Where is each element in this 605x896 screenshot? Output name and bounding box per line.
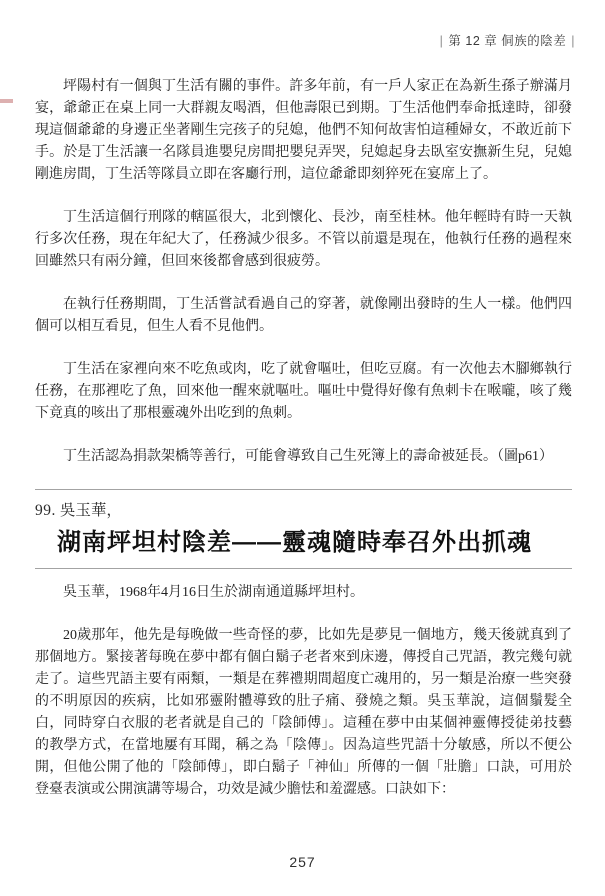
paragraph: 丁生活認為捐款架橋等善行，可能會導致自己生死簿上的壽命被延長。（圖p61） xyxy=(35,446,572,468)
page-number: 257 xyxy=(0,854,605,870)
entry-heading: 99.吳玉華， xyxy=(35,501,572,521)
book-page: |第 12 章 侗族的陰差| 坪陽村有一個與丁生活有關的事件。許多年前，有一戶人… xyxy=(0,0,605,896)
header-divider-right: | xyxy=(571,34,575,48)
margin-red-tick xyxy=(0,99,13,103)
paragraph: 20歲那年，他先是每晚做一些奇怪的夢，比如先是夢見一個地方，幾天後就真到了那個地… xyxy=(35,625,572,801)
paragraph: 丁生活這個行刑隊的轄區很大，北到懷化、長沙，南至桂林。他年輕時有時一天執行多次任… xyxy=(35,207,572,273)
paragraph: 在執行任務期間，丁生活嘗試看過自己的穿著，就像剛出發時的生人一樣。他們四個可以相… xyxy=(35,294,572,338)
running-header: |第 12 章 侗族的陰差| xyxy=(435,31,580,49)
page-content: 坪陽村有一個與丁生活有關的事件。許多年前，有一戶人家正在為新生孫子辦滿月宴，爺爺… xyxy=(35,76,572,822)
entry-number: 99. xyxy=(35,502,56,519)
paragraph: 吳玉華，1968年4月16日生於湖南通道縣坪坦村。 xyxy=(35,582,572,604)
section-rule-top xyxy=(35,489,572,490)
paragraph: 丁生活在家裡向來不吃魚或肉，吃了就會嘔吐，但吃豆腐。有一次他去木腳鄉執行任務，在… xyxy=(35,359,572,425)
entry-section: 99.吳玉華， 湖南坪坦村陰差——靈魂隨時奉召外出抓魂 吳玉華，1968年4月1… xyxy=(35,489,572,801)
paragraph: 坪陽村有一個與丁生活有關的事件。許多年前，有一戶人家正在為新生孫子辦滿月宴，爺爺… xyxy=(35,76,572,186)
entry-body: 吳玉華，1968年4月16日生於湖南通道縣坪坦村。 20歲那年，他先是每晚做一些… xyxy=(35,582,572,801)
chapter-title: 第 12 章 侗族的陰差 xyxy=(448,34,566,48)
header-divider-left: | xyxy=(440,34,444,48)
entry-author-name: 吳玉華， xyxy=(60,502,122,519)
entry-title: 湖南坪坦村陰差——靈魂隨時奉召外出抓魂 xyxy=(35,528,572,558)
section-rule-bottom xyxy=(35,568,572,569)
